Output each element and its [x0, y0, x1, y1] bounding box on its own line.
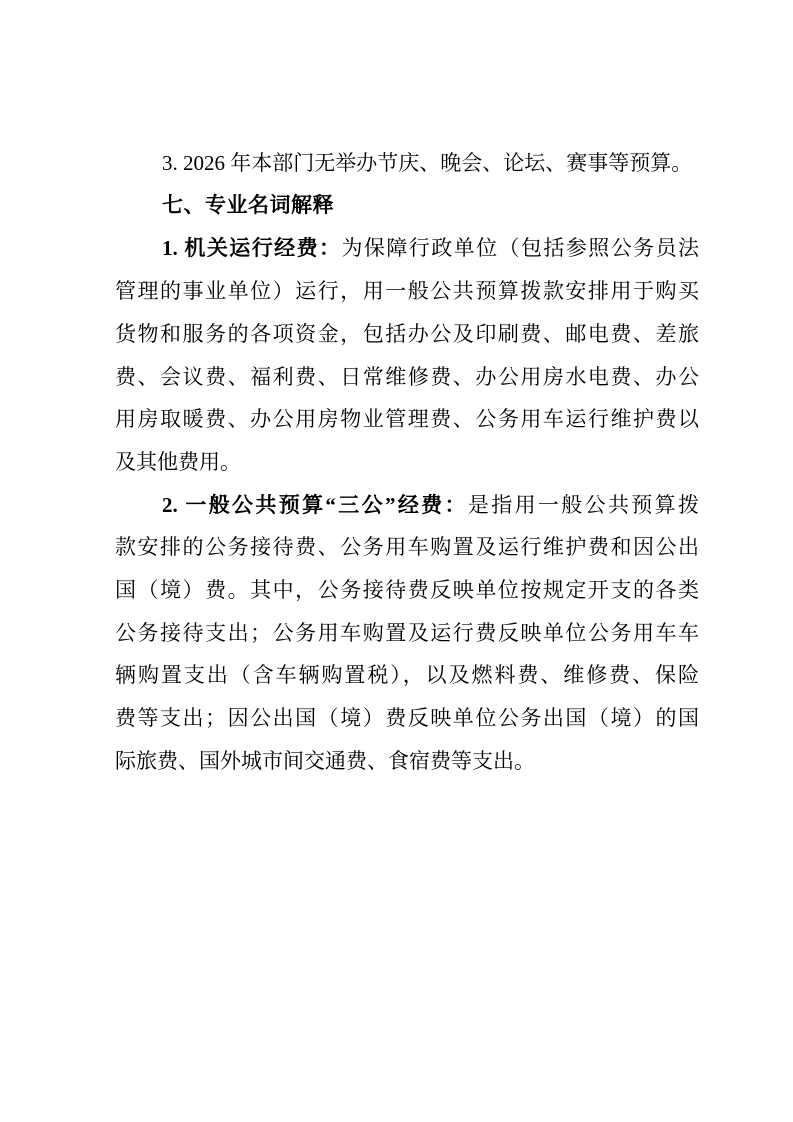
- term2-line-4: 公务接待支出；公务用车购置及运行费反映单位公务用车车: [115, 612, 699, 655]
- term1-line-6: 及其他费用。: [115, 441, 699, 484]
- section-heading: 七、专业名词解释: [115, 185, 699, 228]
- term2-label: 2. 一般公共预算“三公”经费：: [162, 493, 468, 517]
- term2-line-6: 费等支出；因公出国（境）费反映单位公务出国（境）的国: [115, 697, 699, 740]
- term1-line-3: 货物和服务的各项资金，包括办公及印刷费、邮电费、差旅: [115, 313, 699, 356]
- term2-line-5: 辆购置支出（含车辆购置税），以及燃料费、维修费、保险: [115, 654, 699, 697]
- intro-line: 3. 2026 年本部门无举办节庆、晚会、论坛、赛事等预算。: [115, 142, 699, 185]
- term2-line-7: 际旅费、国外城市间交通费、食宿费等支出。: [115, 740, 699, 783]
- term1-line-4: 费、会议费、福利费、日常维修费、办公用房水电费、办公: [115, 356, 699, 399]
- term1-line-1: 1. 机关运行经费：为保障行政单位（包括参照公务员法: [115, 227, 699, 270]
- term1-line-2: 管理的事业单位）运行，用一般公共预算拨款安排用于购买: [115, 270, 699, 313]
- term1-definition-start: 为保障行政单位（包括参照公务员法: [341, 236, 699, 260]
- document-text-block: 3. 2026 年本部门无举办节庆、晚会、论坛、赛事等预算。 七、专业名词解释 …: [115, 142, 699, 783]
- term1-line-5: 用房取暖费、办公用房物业管理费、公务用车运行维护费以: [115, 398, 699, 441]
- term1-label: 1. 机关运行经费：: [162, 236, 341, 260]
- term2-line-3: 国（境）费。其中，公务接待费反映单位按规定开支的各类: [115, 569, 699, 612]
- document-page: 3. 2026 年本部门无举办节庆、晚会、论坛、赛事等预算。 七、专业名词解释 …: [0, 0, 793, 1122]
- term2-line-2: 款安排的公务接待费、公务用车购置及运行维护费和因公出: [115, 526, 699, 569]
- term2-definition-start: 是指用一般公共预算拨: [468, 493, 699, 517]
- term2-line-1: 2. 一般公共预算“三公”经费：是指用一般公共预算拨: [115, 484, 699, 527]
